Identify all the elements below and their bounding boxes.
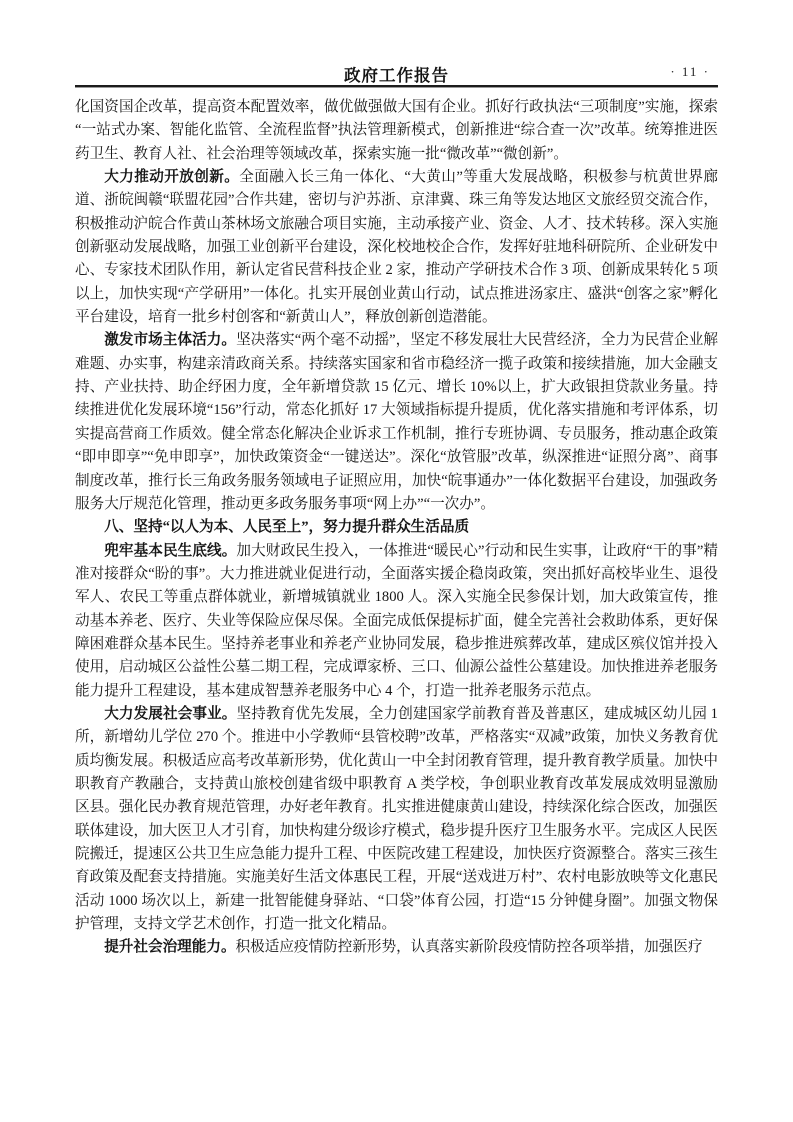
header-divider <box>75 85 718 88</box>
paragraph-text: 坚决落实“两个毫不动摇”，坚定不移发展壮大民营经济，全力为民营企业解难题、办实事… <box>75 332 718 511</box>
paragraph-social-governance: 提升社会治理能力。积极适应疫情防控新形势，认真落实新阶段疫情防控各项举措，加强医… <box>75 936 718 959</box>
document-page: 政府工作报告 · 11 · 化国资国企改革，提高资本配置效率，做优做强做大国有企… <box>0 0 793 1122</box>
paragraph-lead: 大力推动开放创新。 <box>104 169 239 185</box>
paragraph-text: 积极适应疫情防控新形势，认真落实新阶段疫情防控各项举措，加强医疗 <box>236 939 703 955</box>
content-area: 政府工作报告 · 11 · 化国资国企改革，提高资本配置效率，做优做强做大国有企… <box>75 0 718 960</box>
paragraph-text: 加大财政民生投入，一体推进“暖民心”行动和民生实事，让政府“干的事”精准对接群众… <box>75 543 718 699</box>
paragraph-text: 坚持教育优先发展，全力创建国家学前教育普及普惠区，建成城区幼儿园 1 所，新增幼… <box>75 706 718 932</box>
paragraph-lead: 激发市场主体活力。 <box>104 332 236 348</box>
paragraph-social-programs: 大力发展社会事业。坚持教育优先发展，全力创建国家学前教育普及普惠区，建成城区幼儿… <box>75 703 718 936</box>
paragraph-lead: 大力发展社会事业。 <box>104 706 236 722</box>
section-heading-eight: 八、坚持“以人为本、人民至上”，努力提升群众生活品质 <box>75 516 718 539</box>
document-body: 化国资国企改革，提高资本配置效率，做优做强做大国有企业。抓好行政执法“三项制度”… <box>75 96 718 960</box>
paragraph-market-vitality: 激发市场主体活力。坚决落实“两个毫不动摇”，坚定不移发展壮大民营经济，全力为民营… <box>75 329 718 516</box>
paragraph-text: 全面融入长三角一体化、“大黄山”等重大发展战略，积极参与杭黄世界廊道、浙皖闽赣“… <box>75 169 718 325</box>
paragraph-continuation: 化国资国企改革，提高资本配置效率，做优做强做大国有企业。抓好行政执法“三项制度”… <box>75 96 718 166</box>
paragraph-lead: 提升社会治理能力。 <box>104 939 235 955</box>
report-title: 政府工作报告 <box>75 62 718 86</box>
page-header: 政府工作报告 · 11 · <box>75 0 718 86</box>
paragraph-livelihood: 兜牢基本民生底线。加大财政民生投入，一体推进“暖民心”行动和民生实事，让政府“干… <box>75 540 718 703</box>
paragraph-lead: 兜牢基本民生底线。 <box>104 543 236 559</box>
paragraph-open-innovation: 大力推动开放创新。全面融入长三角一体化、“大黄山”等重大发展战略，积极参与杭黄世… <box>75 166 718 329</box>
page-number: · 11 · <box>670 64 710 80</box>
paragraph-text: 化国资国企改革，提高资本配置效率，做优做强做大国有企业。抓好行政执法“三项制度”… <box>75 99 718 162</box>
